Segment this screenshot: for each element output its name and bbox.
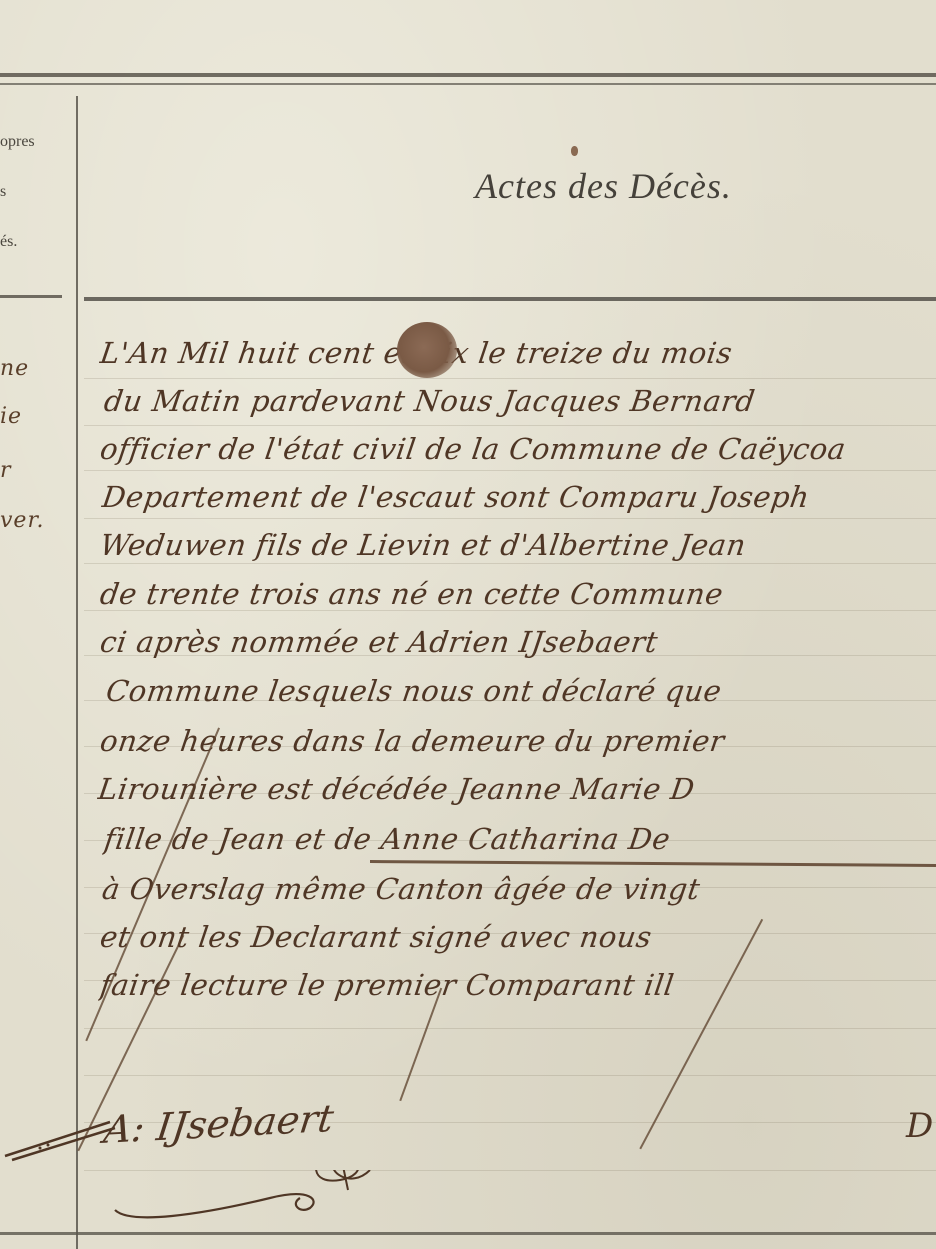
guide-line	[84, 1028, 936, 1029]
margin-print-fragment: s	[0, 183, 6, 201]
entry-line-5: Weduwen fils de Lievin et d'Albertine Je…	[98, 528, 936, 562]
margin-hand-fragment: r	[0, 458, 12, 483]
entry-line-8: Commune lesquels nous ont déclaré que	[104, 674, 936, 708]
top-double-rule-thin	[0, 83, 936, 85]
margin-column-divider	[76, 96, 78, 1249]
entry-line-9: onze heures dans la demeure du premier	[98, 724, 936, 758]
deceased-name-underline	[370, 860, 936, 867]
margin-print-fragment: opres	[0, 133, 35, 151]
pen-stroke	[399, 988, 441, 1101]
margin-hand-fragment: ie	[0, 404, 22, 429]
signature-right-fragment: D	[906, 1106, 933, 1146]
entry-line-1: L'An Mil huit cent et dix le treize du m…	[98, 336, 936, 370]
faded-bleedthrough-text	[140, 168, 146, 195]
ink-speck	[571, 146, 578, 156]
entry-line-2: du Matin pardevant Nous Jacques Bernard	[102, 384, 936, 418]
entry-line-10: Lirounière est décédée Jeanne Marie D	[96, 772, 936, 806]
guide-line	[84, 518, 936, 519]
entry-line-6: de trente trois ans né en cette Commune	[98, 577, 936, 611]
entry-line-3: officier de l'état civil de la Commune d…	[98, 432, 936, 466]
guide-line	[84, 425, 936, 426]
entry-line-14: faire lecture le premier Comparant ill	[98, 968, 936, 1002]
margin-print-fragment: és.	[0, 233, 17, 251]
margin-header-rule	[0, 295, 62, 298]
guide-line	[84, 470, 936, 471]
margin-hand-fragment: ver.	[0, 508, 45, 533]
entry-line-4: Departement de l'escaut sont Comparu Jos…	[100, 480, 936, 514]
guide-line	[84, 563, 936, 564]
guide-line	[84, 1075, 936, 1076]
entry-line-13: et ont les Declarant signé avec nous	[98, 920, 936, 954]
signature-flourish	[110, 1170, 440, 1230]
entry-line-11: fille de Jean et de Anne Catharina De	[102, 822, 936, 856]
header-bottom-rule	[84, 297, 936, 301]
bottom-rule	[0, 1232, 936, 1235]
margin-hand-fragment: ne	[0, 356, 29, 381]
register-title: Actes des Décès.	[475, 165, 732, 207]
guide-line	[84, 378, 936, 379]
entry-line-12: à Overslag même Canton âgée de vingt	[100, 872, 936, 906]
register-page: opres s és. ne ie r ver. Actes des Décès…	[0, 0, 936, 1249]
entry-line-7: ci après nommée et Adrien IJsebaert	[98, 625, 936, 659]
top-double-rule	[0, 73, 936, 77]
ink-blot	[397, 322, 457, 378]
signature-ijsebaert: A: IJsebaert	[101, 1096, 336, 1152]
